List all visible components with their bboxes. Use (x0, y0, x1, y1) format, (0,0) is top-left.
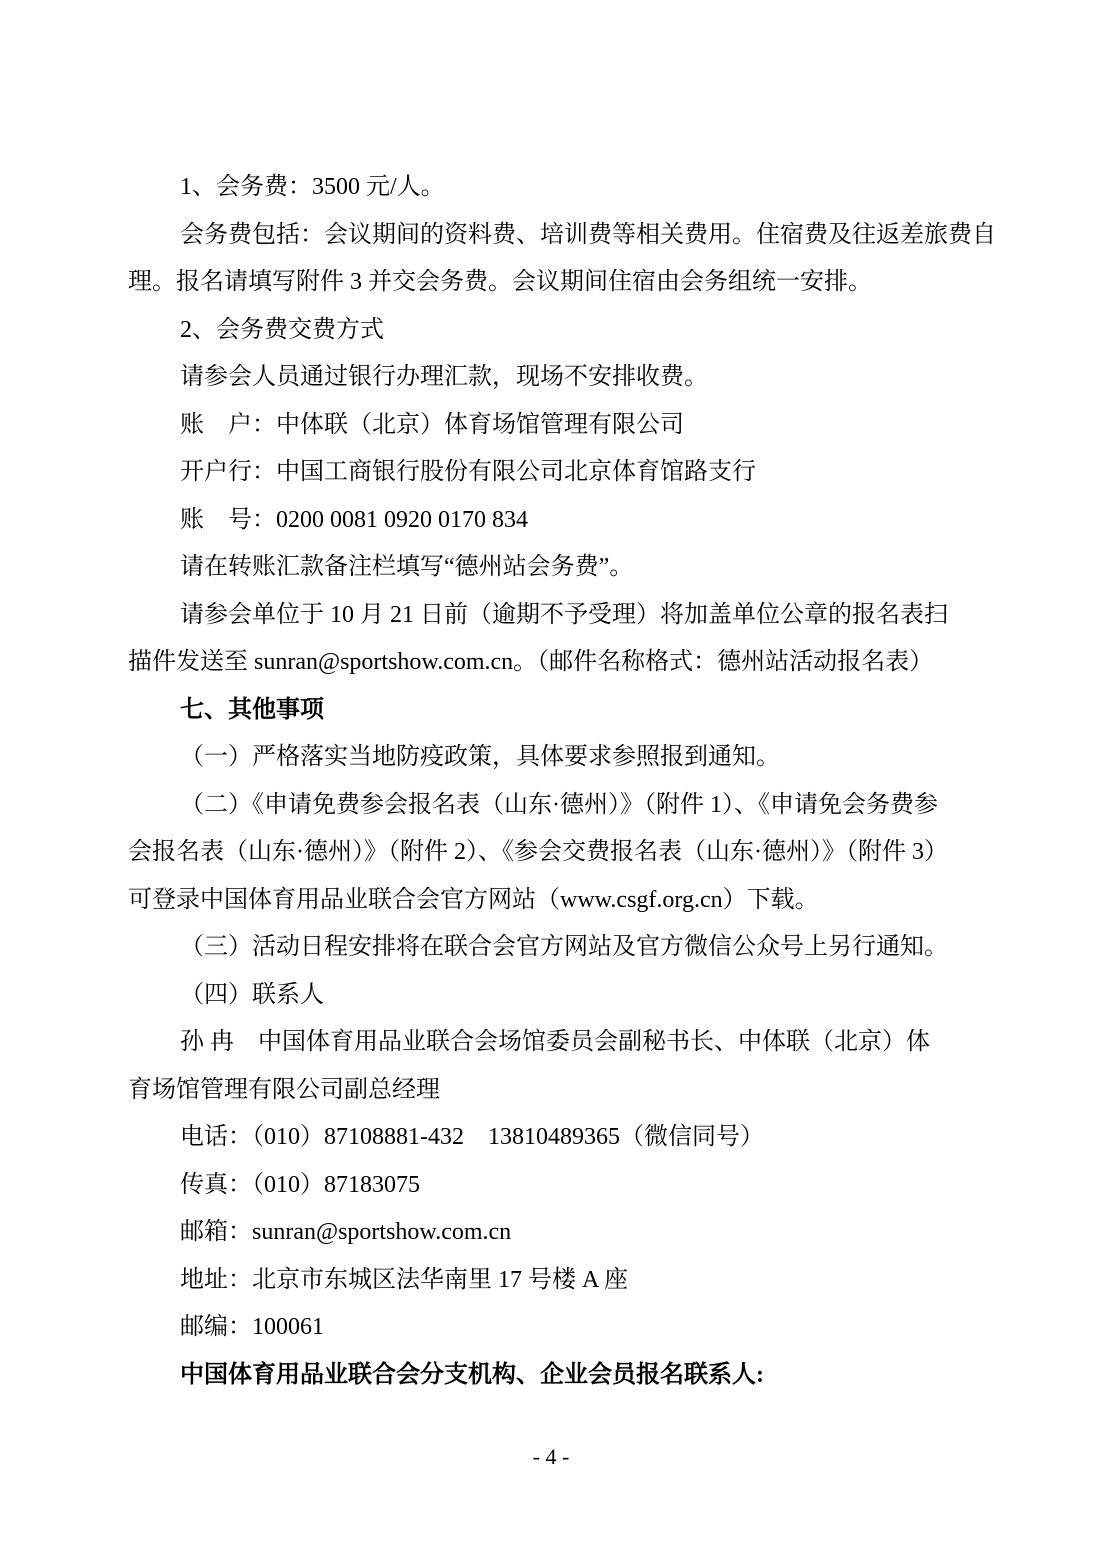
fee-includes-line-2: 理。报名请填写附件 3 并交会务费。会议期间住宿由会务组统一安排。 (128, 259, 1008, 307)
phone-line: 电话：（010）87108881-432 13810489365（微信同号） (128, 1114, 1008, 1162)
payment-method-heading-line: 2、会务费交费方式 (128, 307, 1008, 355)
item-two-line-2: 会报名表（山东·德州）》（附件 2）、《参会交费报名表（山东·德州）》（附件 3… (128, 829, 1008, 877)
fee-amount-line: 1、会务费：3500 元/人。 (128, 164, 1008, 212)
document-body: 1、会务费：3500 元/人。 会务费包括：会议期间的资料费、培训费等相关费用。… (128, 164, 1008, 1399)
contact-person-line-1: 孙 冉 中国体育用品业联合会场馆委员会副秘书长、中体联（北京）体 (128, 1019, 1008, 1067)
item-two-line-1: （二）《申请免费参会报名表（山东·德州）》（附件 1）、《申请免会务费参 (128, 782, 1008, 830)
item-four-heading-line: （四）联系人 (128, 972, 1008, 1020)
document-page: 1、会务费：3500 元/人。 会务费包括：会议期间的资料费、培训费等相关费用。… (0, 0, 1102, 1559)
email-line: 邮箱：sunran@sportshow.com.cn (128, 1209, 1008, 1257)
fee-includes-line-1: 会务费包括：会议期间的资料费、培训费等相关费用。住宿费及往返差旅费自 (128, 212, 1008, 260)
registration-deadline-line-1: 请参会单位于 10 月 21 日前（逾期不予受理）将加盖单位公章的报名表扫 (128, 592, 1008, 640)
item-one-line: （一）严格落实当地防疫政策，具体要求参照报到通知。 (128, 734, 1008, 782)
transfer-remark-line: 请在转账汇款备注栏填写“德州站会务费”。 (128, 544, 1008, 592)
item-three-line: （三）活动日程安排将在联合会官方网站及官方微信公众号上另行通知。 (128, 924, 1008, 972)
branch-contact-heading-line: 中国体育用品业联合会分支机构、企业会员报名联系人: (128, 1352, 1008, 1400)
account-name-line: 账 户：中体联（北京）体育场馆管理有限公司 (128, 402, 1008, 450)
postcode-line: 邮编：100061 (128, 1304, 1008, 1352)
fax-line: 传真：（010）87183075 (128, 1162, 1008, 1210)
account-number-line: 账 号：0200 0081 0920 0170 834 (128, 497, 1008, 545)
page-number: - 4 - (0, 1442, 1102, 1472)
item-two-line-3: 可登录中国体育用品业联合会官方网站（www.csgf.org.cn）下载。 (128, 877, 1008, 925)
address-line: 地址：北京市东城区法华南里 17 号楼 A 座 (128, 1257, 1008, 1305)
payment-instruction-line: 请参会人员通过银行办理汇款，现场不安排收费。 (128, 354, 1008, 402)
section-seven-heading: 七、其他事项 (128, 687, 1008, 735)
bank-branch-line: 开户行：中国工商银行股份有限公司北京体育馆路支行 (128, 449, 1008, 497)
contact-person-line-2: 育场馆管理有限公司副总经理 (128, 1067, 1008, 1115)
registration-deadline-line-2: 描件发送至 sunran@sportshow.com.cn。（邮件名称格式：德州… (128, 639, 1008, 687)
